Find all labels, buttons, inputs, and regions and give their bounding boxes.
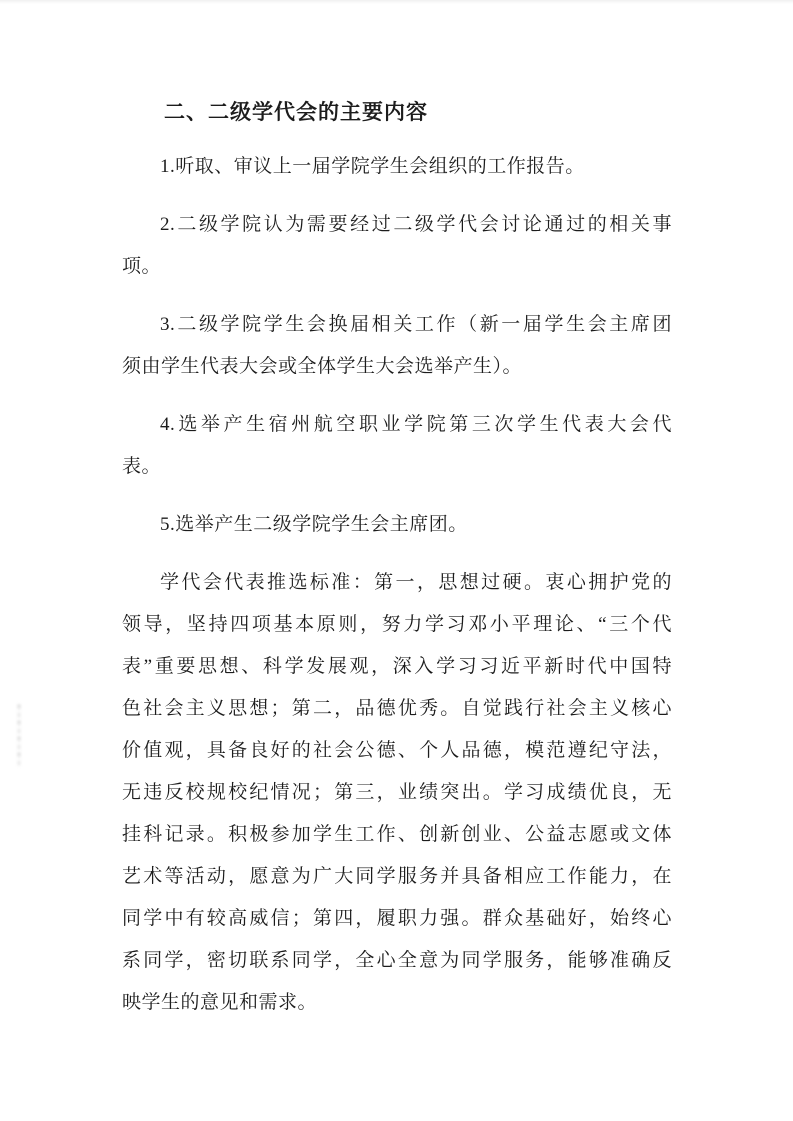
paragraph-list: 1.听取、审议上一届学院学生会组织的工作报告。2.二级学院认为需要经过二级学代会… bbox=[122, 146, 672, 1024]
text-line: 挂科记录。积极参加学生工作、创新创业、公益志愿或文体 bbox=[122, 814, 672, 856]
paragraph: 5.选举产生二级学院学生会主席团。 bbox=[122, 504, 672, 546]
text-line: 价值观，具备良好的社会公德、个人品德，模范遵纪守法， bbox=[122, 730, 672, 772]
document-content: 二、二级学代会的主要内容 1.听取、审议上一届学院学生会组织的工作报告。2.二级… bbox=[122, 90, 672, 1040]
text-line: 色社会主义思想；第二，品德优秀。自觉践行社会主义核心 bbox=[122, 688, 672, 730]
text-line: 表”重要思想、科学发展观，深入学习习近平新时代中国特 bbox=[122, 646, 672, 688]
scan-artifact bbox=[17, 703, 21, 767]
text-line: 2.二级学院认为需要经过二级学代会讨论通过的相关事 bbox=[122, 204, 672, 246]
text-line: 项。 bbox=[122, 246, 672, 288]
text-line: 系同学，密切联系同学，全心全意为同学服务，能够准确反 bbox=[122, 940, 672, 982]
text-line: 领导，坚持四项基本原则，努力学习邓小平理论、“三个代 bbox=[122, 604, 672, 646]
text-line: 5.选举产生二级学院学生会主席团。 bbox=[122, 504, 672, 546]
text-line: 1.听取、审议上一届学院学生会组织的工作报告。 bbox=[122, 146, 672, 188]
text-line: 同学中有较高威信；第四，履职力强。群众基础好，始终心 bbox=[122, 898, 672, 940]
text-line: 无违反校规校纪情况；第三，业绩突出。学习成绩优良，无 bbox=[122, 772, 672, 814]
scan-top-edge-shadow bbox=[0, 0, 793, 4]
paragraph: 2.二级学院认为需要经过二级学代会讨论通过的相关事项。 bbox=[122, 204, 672, 288]
text-line: 学代会代表推选标准：第一，思想过硬。衷心拥护党的 bbox=[122, 562, 672, 604]
text-line: 映学生的意见和需求。 bbox=[122, 982, 672, 1024]
text-line: 艺术等活动，愿意为广大同学服务并具备相应工作能力，在 bbox=[122, 856, 672, 898]
section-heading: 二、二级学代会的主要内容 bbox=[122, 90, 672, 134]
paragraph: 1.听取、审议上一届学院学生会组织的工作报告。 bbox=[122, 146, 672, 188]
text-line: 须由学生代表大会或全体学生大会选举产生）。 bbox=[122, 346, 672, 388]
paragraph: 4.选举产生宿州航空职业学院第三次学生代表大会代表。 bbox=[122, 404, 672, 488]
document-page: 二、二级学代会的主要内容 1.听取、审议上一届学院学生会组织的工作报告。2.二级… bbox=[0, 0, 793, 1121]
paragraph: 学代会代表推选标准：第一，思想过硬。衷心拥护党的领导，坚持四项基本原则，努力学习… bbox=[122, 562, 672, 1024]
text-line: 4.选举产生宿州航空职业学院第三次学生代表大会代 bbox=[122, 404, 672, 446]
paragraph: 3.二级学院学生会换届相关工作（新一届学生会主席团须由学生代表大会或全体学生大会… bbox=[122, 304, 672, 388]
text-line: 3.二级学院学生会换届相关工作（新一届学生会主席团 bbox=[122, 304, 672, 346]
text-line: 表。 bbox=[122, 446, 672, 488]
